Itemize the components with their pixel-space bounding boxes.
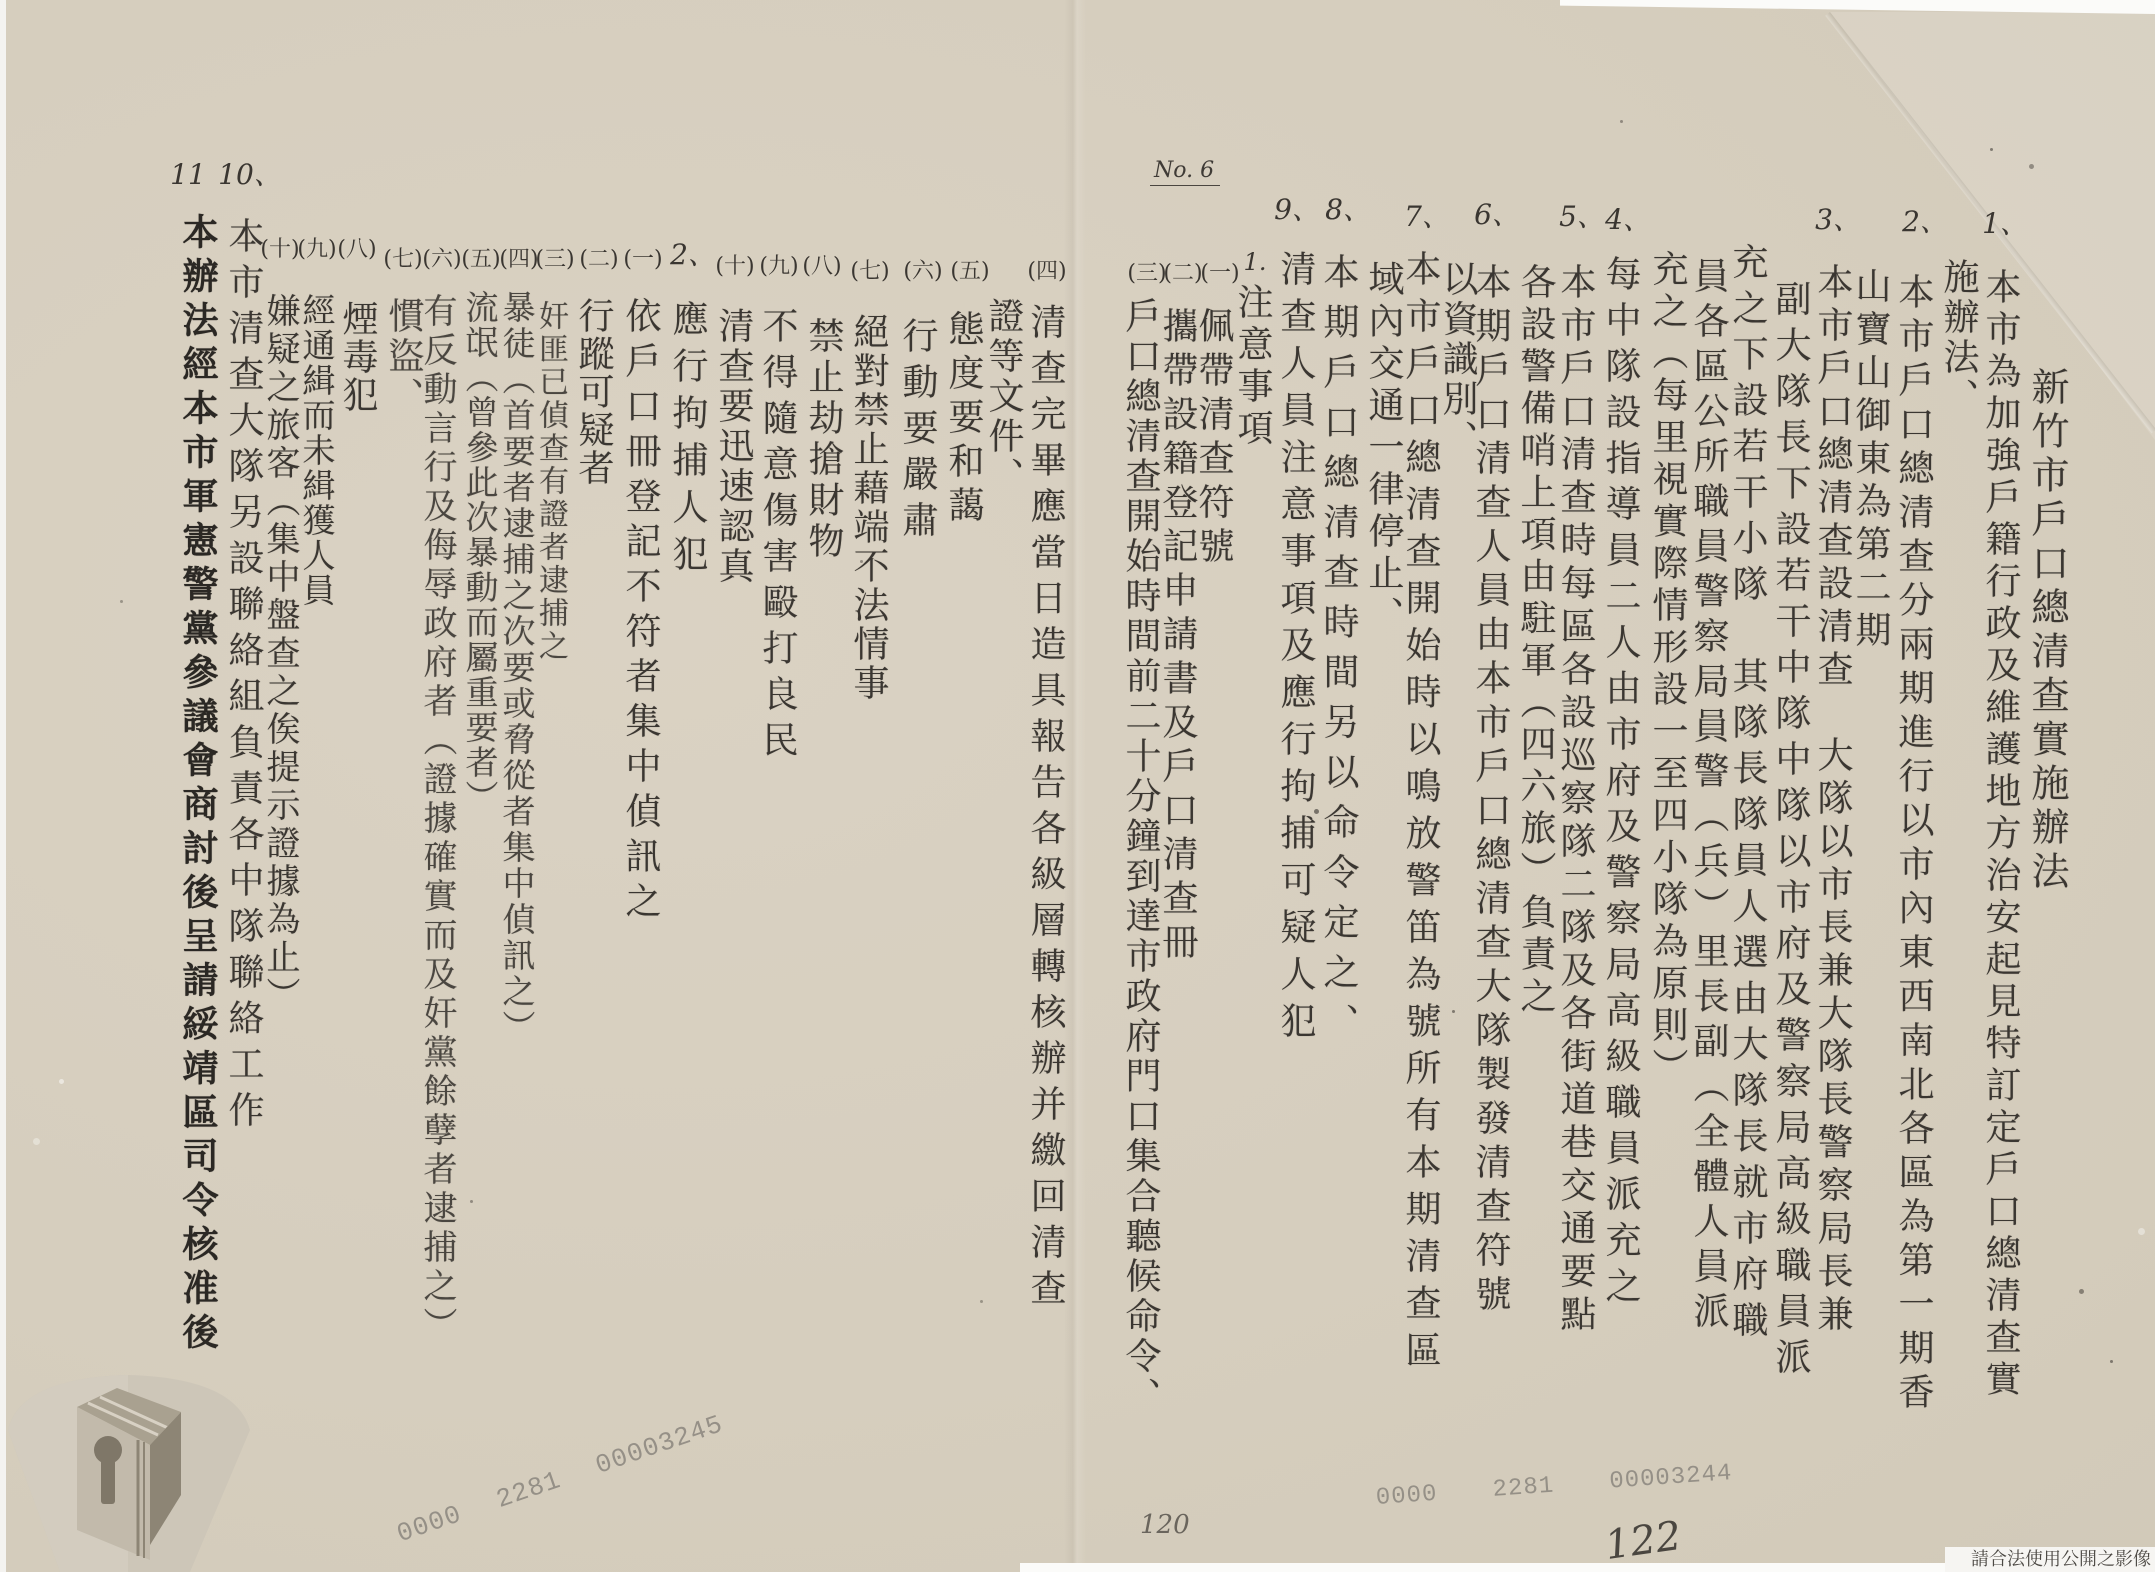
precaution-9-number: (九): [759, 255, 798, 279]
article-2-line-1: 本市戶口總清查分兩期進行以市內東西南北各區為第一期香: [1895, 273, 1931, 1417]
precaution-9-text: 不得隨意傷害毆打良民: [759, 307, 795, 767]
arrest-1-number: (一): [623, 248, 662, 272]
article-7-line-1: 本市戶口總清查開始時以鳴放警笛為號所有本期清查區: [1402, 250, 1438, 1378]
precaution-7-text: 絕對禁止藉端不法情事: [850, 313, 886, 703]
precaution-1-number: (一): [1200, 262, 1239, 286]
document-title: 新竹市戶口總清查實施辦法: [2028, 367, 2066, 895]
arrest-4-text: 暴徒（首要者逮捕之次要或脅從者集中偵訊之）: [501, 290, 534, 1046]
precaution-6-text: 行動要嚴肅: [899, 317, 935, 547]
article-11-number: 11: [170, 163, 206, 187]
arrest-5-number: (五): [461, 248, 500, 272]
arrest-4-number: (四): [499, 248, 538, 272]
arrest-7-number: (七): [383, 248, 422, 272]
precautions-heading: 注意事項: [1234, 283, 1270, 451]
article-5-line-2: 各設警備哨上項由駐軍（四六旅）負責之: [1517, 263, 1553, 1019]
article-10-line-1: 本市清查大隊另設聯絡組負責各中隊聯絡工作: [225, 217, 261, 1137]
page-number-left: 120: [1140, 1510, 1190, 1540]
precaution-1-text: 佩帶清查符號: [1195, 307, 1231, 571]
article-1-line-2: 施辦法、: [1940, 258, 1976, 418]
precaution-2-number: (二): [1163, 262, 1202, 286]
arrest-6-text: 有反動言行及侮辱政府者（證據確實而及奸黨餘孽者逮捕之）: [420, 293, 454, 1346]
center-spine-crease: [1064, 0, 1086, 1572]
article-6-line-2: 以資識別、: [1439, 260, 1475, 460]
precaution-4-number: (四): [1027, 260, 1066, 284]
article-7-line-2: 域內交通一律停止、: [1365, 260, 1401, 638]
precaution-8-text: 禁止劫搶財物: [805, 317, 841, 563]
arrest-9-text: 經通緝而未緝獲人員: [301, 293, 334, 608]
article-9-number: 9、: [1274, 198, 1320, 222]
article-10-number: 10、: [218, 163, 282, 187]
article-7-number: 7、: [1404, 205, 1450, 229]
archive-logo-icon: [0, 1370, 270, 1572]
arrest-3-number: (三): [535, 248, 574, 272]
precaution-5-text: 態度要和藹: [945, 310, 981, 530]
article-8-number: 8、: [1325, 198, 1371, 222]
article-5-line-1: 本市戶口清查時每區各設巡察隊二隊及各街道巷交通要點: [1557, 263, 1593, 1338]
arrest-2-number: (二): [579, 248, 618, 272]
page-note: No. 6: [1150, 158, 1220, 186]
article-3-line-5: 充之（每里視實際情形設一至四小隊為原則）: [1649, 250, 1685, 1090]
article-11-line-1: 本辦法經本市軍憲警黨參議會商討後呈請綏靖區司令核准後: [180, 213, 216, 1357]
precautions-number: 1.: [1244, 250, 1267, 274]
article-1-number: 1、: [1982, 212, 2028, 236]
article-3-line-3: 充之下設若干小隊 其隊長隊員人選由大隊長就市府職: [1729, 243, 1765, 1347]
scan-edge-left: [0, 0, 6, 1572]
article-8-line-1: 本期戶口總清查時間另以命令定之、: [1320, 253, 1356, 1053]
arrests-number: 2、: [670, 243, 716, 267]
article-4-number: 4、: [1605, 208, 1651, 232]
article-3-line-1: 本市戶口總清查設清查 大隊以市長兼大隊長警察局長兼: [1814, 263, 1850, 1338]
article-5-number: 5、: [1559, 205, 1605, 229]
arrest-10-number: (十): [260, 238, 299, 262]
precaution-4-line-2: 證等文件、: [985, 297, 1021, 497]
precaution-3-text: 戶口總清查開始時間前二十分鐘到達市政府門口集合聽候命令、: [1122, 297, 1158, 1417]
arrests-heading: 應行拘捕人犯: [669, 300, 705, 582]
article-3-line-4: 員各區公所職員警察局員警（兵）里長副（全體人員派: [1690, 257, 1726, 1337]
article-2-line-2: 山寶山御東為第二期: [1852, 267, 1888, 654]
precaution-6-number: (六): [903, 260, 942, 284]
precaution-8-number: (八): [802, 255, 841, 279]
precaution-10-number: (十): [715, 255, 754, 279]
arrest-7-text: 慣盜、: [385, 297, 421, 417]
usage-watermark: 請合法使用公開之影像: [1945, 1547, 2155, 1572]
arrest-5-text: 流氓（曾參此次暴動而屬重要者）: [464, 290, 497, 815]
precaution-2-text: 攜帶設籍登記申請書及戶口清查冊: [1159, 307, 1195, 967]
arrest-10-text: 嫌疑之旅客（集中盤查之俟提示證據為止）: [263, 293, 297, 1015]
precaution-4-line-1: 清查完畢應當日造具報告各級層轉核辦并繳回清查: [1027, 303, 1063, 1315]
arrest-6-number: (六): [422, 248, 461, 272]
precaution-7-number: (七): [850, 260, 889, 284]
article-2-number: 2、: [1902, 210, 1948, 234]
arrest-8-number: (八): [337, 238, 376, 262]
arrest-9-number: (九): [297, 238, 336, 262]
precaution-3-number: (三): [1127, 262, 1166, 286]
arrest-8-text: 煙毒犯: [339, 300, 375, 414]
article-3-number: 3、: [1815, 208, 1861, 232]
precaution-10-text: 清查要迅速認真: [715, 307, 751, 587]
article-3-line-2: 副大隊長下設若干中隊中隊以市府及警察局高級職員派: [1772, 280, 1808, 1384]
article-1-line-1: 本市為加強戶籍行政及維護地方治安起見特訂定戶口總清查實: [1982, 268, 2018, 1402]
arrest-2-text: 行蹤可疑者: [575, 297, 611, 487]
precaution-5-number: (五): [950, 260, 989, 284]
article-4-line-1: 每中隊設指導員二人由市府及警察局高級職員派充之: [1602, 255, 1638, 1313]
article-6-number: 6、: [1474, 203, 1520, 227]
arrest-1-text: 依戶口冊登記不符者集中偵訊之: [622, 297, 658, 927]
arrest-3-text: 奸匪已偵查有證者逮捕之: [535, 300, 565, 663]
article-9-line-1: 清查人員注意事項及應行拘捕可疑人犯: [1277, 250, 1313, 1049]
